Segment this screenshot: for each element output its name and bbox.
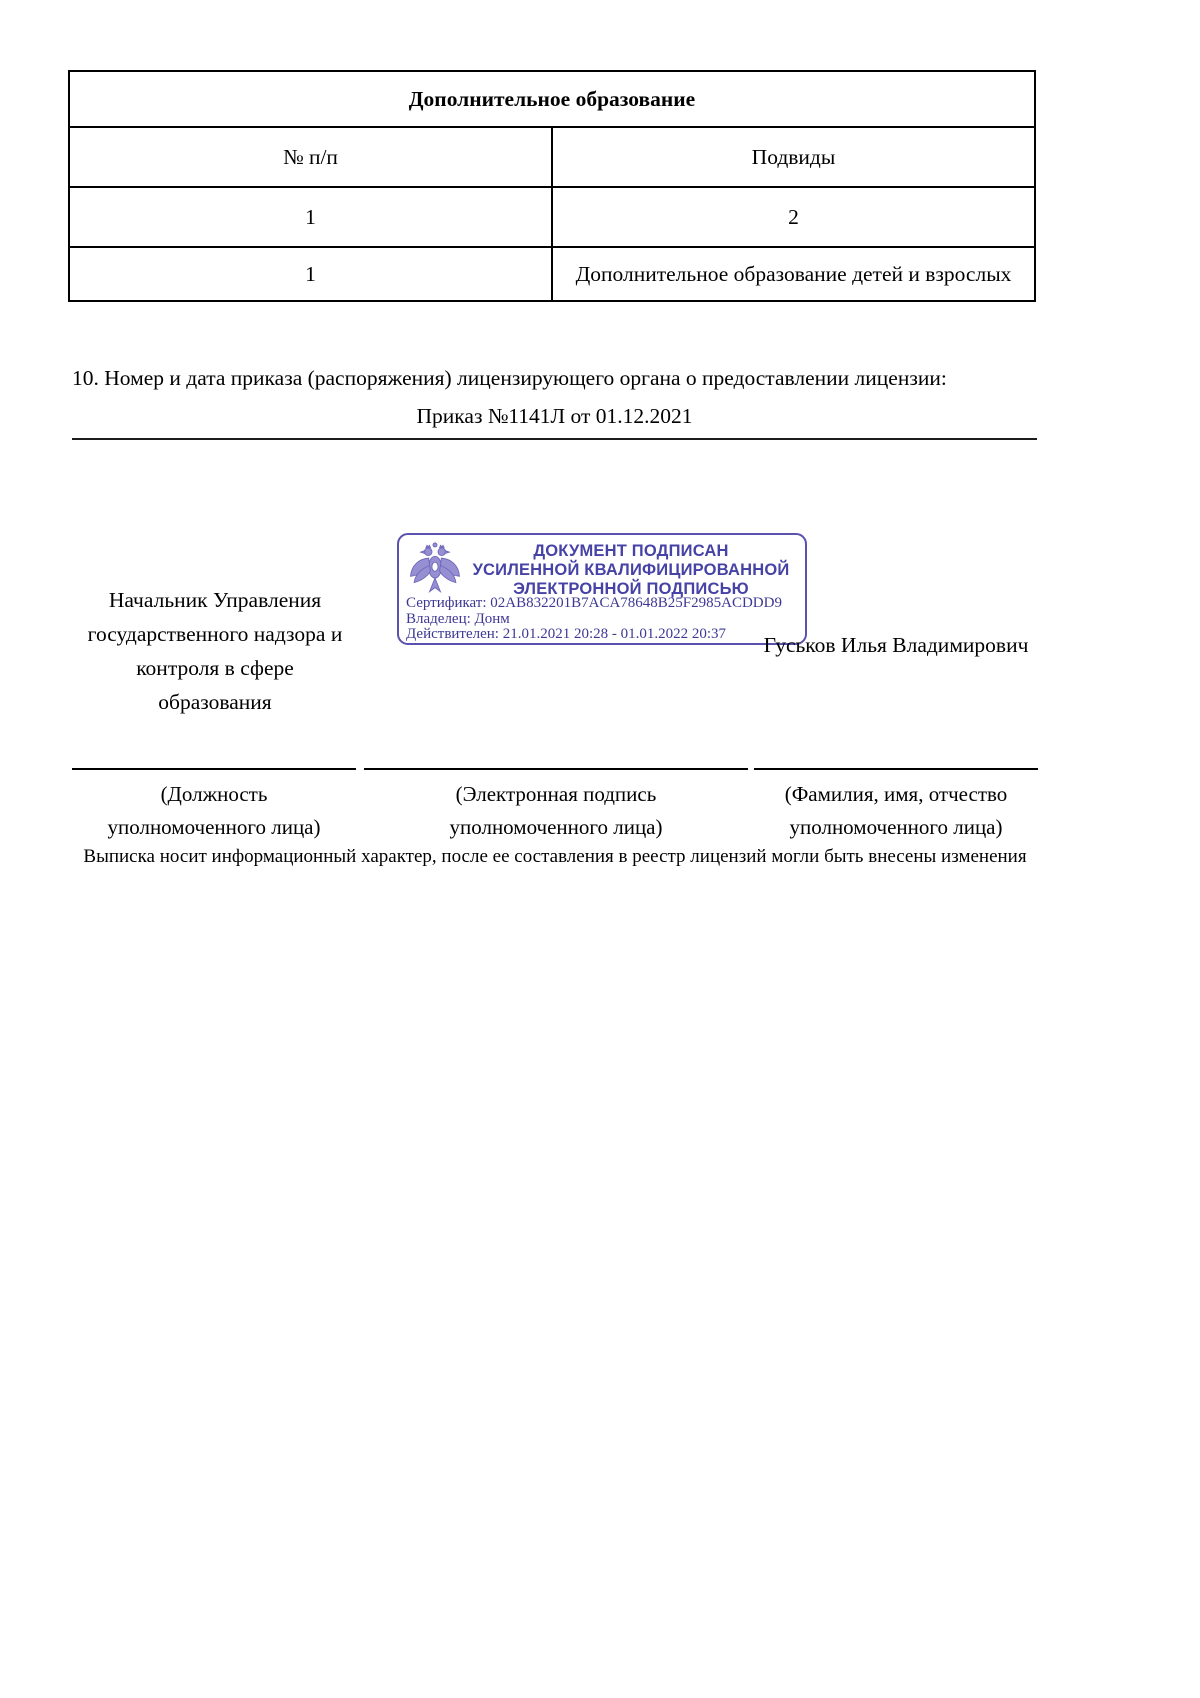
stamp-top-section: ДОКУМЕНТ ПОДПИСАН УСИЛЕННОЙ КВАЛИФИЦИРОВ… (406, 539, 798, 599)
stamp-title-line-2: УСИЛЕННОЙ КВАЛИФИЦИРОВАННОЙ (464, 561, 798, 580)
signer-position: Начальник Управления государственного на… (72, 583, 358, 719)
stamp-title: ДОКУМЕНТ ПОДПИСАН УСИЛЕННОЙ КВАЛИФИЦИРОВ… (464, 539, 798, 599)
signer-position-line-4: образования (72, 685, 358, 719)
certificate-line: Сертификат: 02AB832201B7ACA78648B25F2985… (406, 596, 798, 612)
order-underline (72, 438, 1037, 440)
caption-name: (Фамилия, имя, отчество уполномоченного … (754, 778, 1038, 844)
caption-position-line-2: уполномоченного лица) (72, 811, 356, 844)
document-page: Дополнительное образование № п/п Подвиды… (0, 0, 1200, 1698)
signer-name: Гуськов Илья Владимирович (752, 633, 1040, 658)
table-row: Дополнительное образование (69, 71, 1035, 127)
order-number-value: Приказ №1141Л от 01.12.2021 (72, 404, 1037, 429)
coat-of-arms-icon (406, 540, 464, 598)
stamp-details: Сертификат: 02AB832201B7ACA78648B25F2985… (406, 596, 798, 643)
validity-line: Действителен: 21.01.2021 20:28 - 01.01.2… (406, 627, 798, 643)
signature-line-name (754, 768, 1038, 770)
caption-position: (Должность уполномоченного лица) (72, 778, 356, 844)
caption-name-line-2: уполномоченного лица) (754, 811, 1038, 844)
caption-name-line-1: (Фамилия, имя, отчество (754, 778, 1038, 811)
signer-position-line-1: Начальник Управления (72, 583, 358, 617)
signature-line-esign (364, 768, 748, 770)
row-number-cell: 1 (69, 247, 552, 301)
caption-esign: (Электронная подпись уполномоченного лиц… (364, 778, 748, 844)
stamp-title-line-1: ДОКУМЕНТ ПОДПИСАН (464, 542, 798, 561)
table-row: 1 Дополнительное образование детей и взр… (69, 247, 1035, 301)
owner-line: Владелец: Донм (406, 612, 798, 628)
row-subtype-cell: Дополнительное образование детей и взрос… (552, 247, 1035, 301)
column-header-number: № п/п (69, 127, 552, 187)
table-row: № п/п Подвиды (69, 127, 1035, 187)
caption-position-line-1: (Должность (72, 778, 356, 811)
signer-position-line-3: контроля в сфере (72, 651, 358, 685)
column-header-subtypes: Подвиды (552, 127, 1035, 187)
table-title: Дополнительное образование (69, 71, 1035, 127)
index-cell-2: 2 (552, 187, 1035, 247)
signer-position-line-2: государственного надзора и (72, 617, 358, 651)
caption-esign-line-2: уполномоченного лица) (364, 811, 748, 844)
digital-signature-stamp: ДОКУМЕНТ ПОДПИСАН УСИЛЕННОЙ КВАЛИФИЦИРОВ… (397, 533, 807, 645)
caption-esign-line-1: (Электронная подпись (364, 778, 748, 811)
index-cell-1: 1 (69, 187, 552, 247)
clause10-label: 10. Номер и дата приказа (распоряжения) … (72, 366, 1052, 391)
table-row: 1 2 (69, 187, 1035, 247)
footer-note: Выписка носит информационный характер, п… (60, 846, 1050, 868)
signature-line-position (72, 768, 356, 770)
additional-education-table: Дополнительное образование № п/п Подвиды… (68, 70, 1036, 302)
